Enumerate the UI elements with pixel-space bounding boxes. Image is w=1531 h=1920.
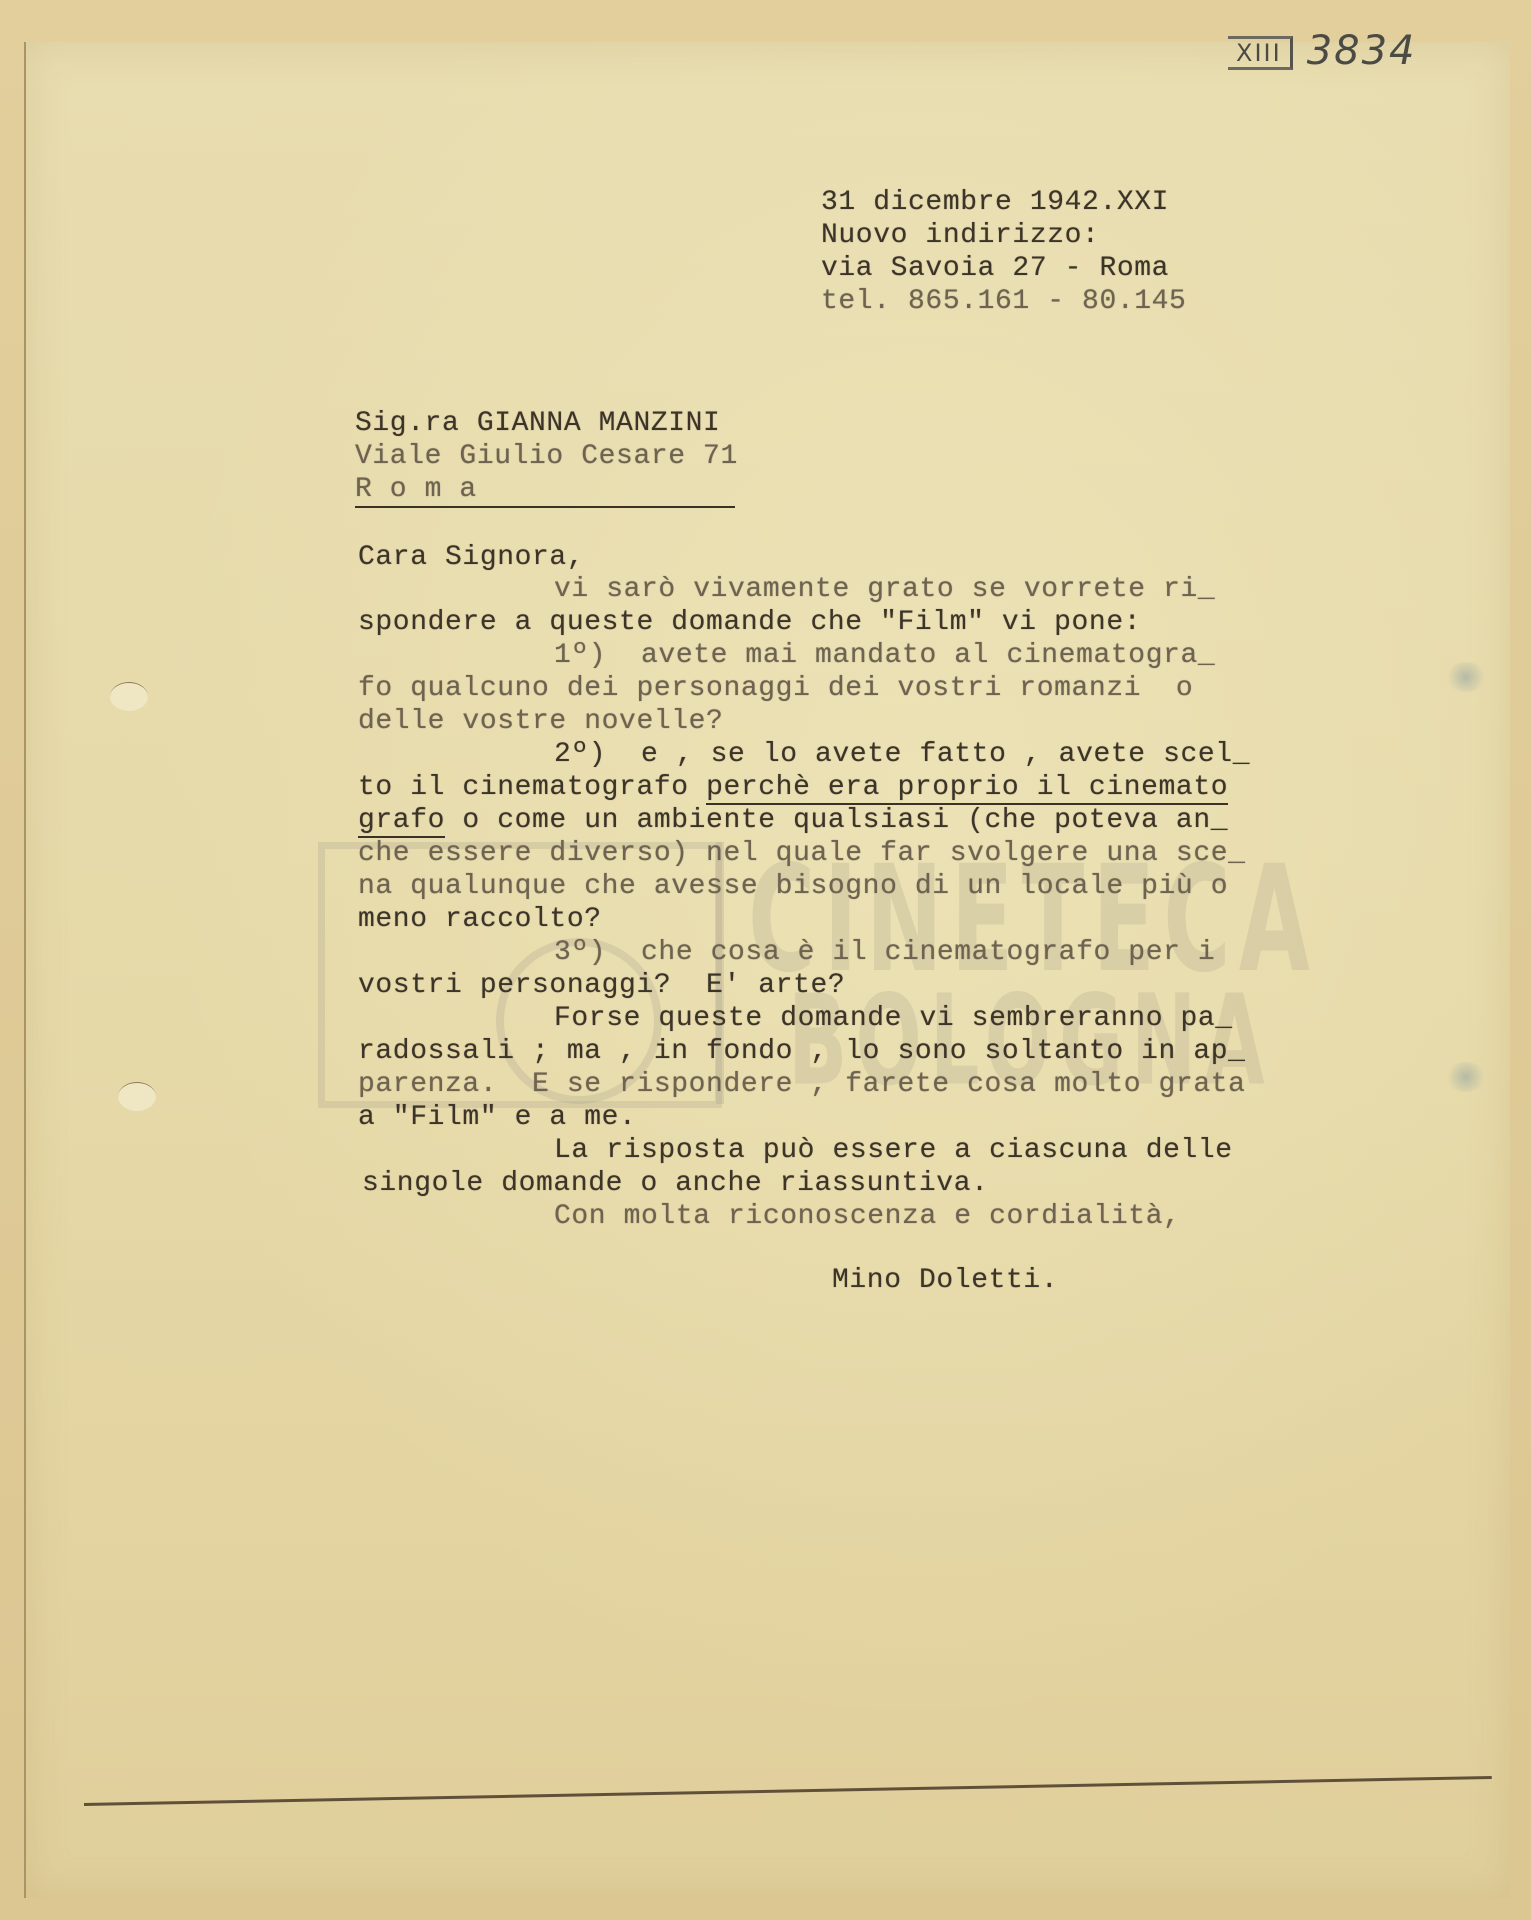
question-1: 1º) avete mai mandato al cinematogra_ [554,639,1215,672]
body-line: vi sarò vivamente grato se vorrete ri_ [554,573,1215,606]
new-address-label: Nuovo indirizzo: [821,219,1099,252]
body-line: parenza. E se rispondere , farete cosa m… [358,1068,1246,1101]
body-line: delle vostre novelle? [358,705,723,738]
letter-date: 31 dicembre 1942.XXI [821,186,1169,219]
body-line: che essere diverso) nel quale far svolge… [358,837,1246,870]
body-line: spondere a queste domande che "Film" vi … [358,606,1141,639]
body-line: grafo o come un ambiente qualsiasi (che … [358,804,1228,837]
underlined-phrase: perchè era proprio il cinemato [706,772,1228,805]
body-line: radossali ; ma , in fondo , lo sono solt… [358,1035,1246,1068]
underlined-phrase: grafo [358,805,445,838]
body-line: to il cinematografo perchè era proprio i… [358,771,1228,804]
paper-edge-line [84,1776,1492,1806]
body-line: na qualunque che avesse bisogno di un lo… [358,870,1228,903]
sender-address: via Savoia 27 - Roma [821,252,1169,285]
closing-line: Con molta riconoscenza e cordialità, [554,1200,1181,1233]
punch-hole-icon [118,1082,156,1111]
question-2: 2º) e , se lo avete fatto , avete scel_ [554,738,1250,771]
punch-hole-icon [110,682,148,711]
signature: Mino Doletti. [832,1264,1058,1297]
archive-roman-numeral: XIII [1228,36,1293,70]
body-line: vostri personaggi? E' arte? [358,969,845,1002]
archive-catalog-number: 3834 [1307,28,1417,74]
body-line: La risposta può essere a ciascuna delle [554,1134,1233,1167]
body-line: fo qualcuno dei personaggi dei vostri ro… [358,672,1193,705]
body-text: o come un ambiente qualsiasi (che poteva… [445,805,1228,836]
salutation: Cara Signora, [358,541,584,574]
body-line: singole domande o anche riassuntiva. [362,1167,989,1200]
body-text: to il cinematografo [358,772,706,803]
body-line: Forse queste domande vi sembreranno pa_ [554,1002,1233,1035]
recipient-street: Viale Giulio Cesare 71 [355,440,738,473]
recipient-name: Sig.ra GIANNA MANZINI [355,407,720,440]
question-3: 3º) che cosa è il cinematografo per i [554,936,1215,969]
body-line: meno raccolto? [358,903,602,936]
sender-phone: tel. 865.161 - 80.145 [821,285,1186,318]
body-line: a "Film" e a me. [358,1101,636,1134]
ink-stain [1446,662,1486,692]
archive-number: XIII3834 [1228,28,1416,74]
ink-stain [1446,1062,1486,1092]
recipient-city: R o m a [355,473,735,508]
